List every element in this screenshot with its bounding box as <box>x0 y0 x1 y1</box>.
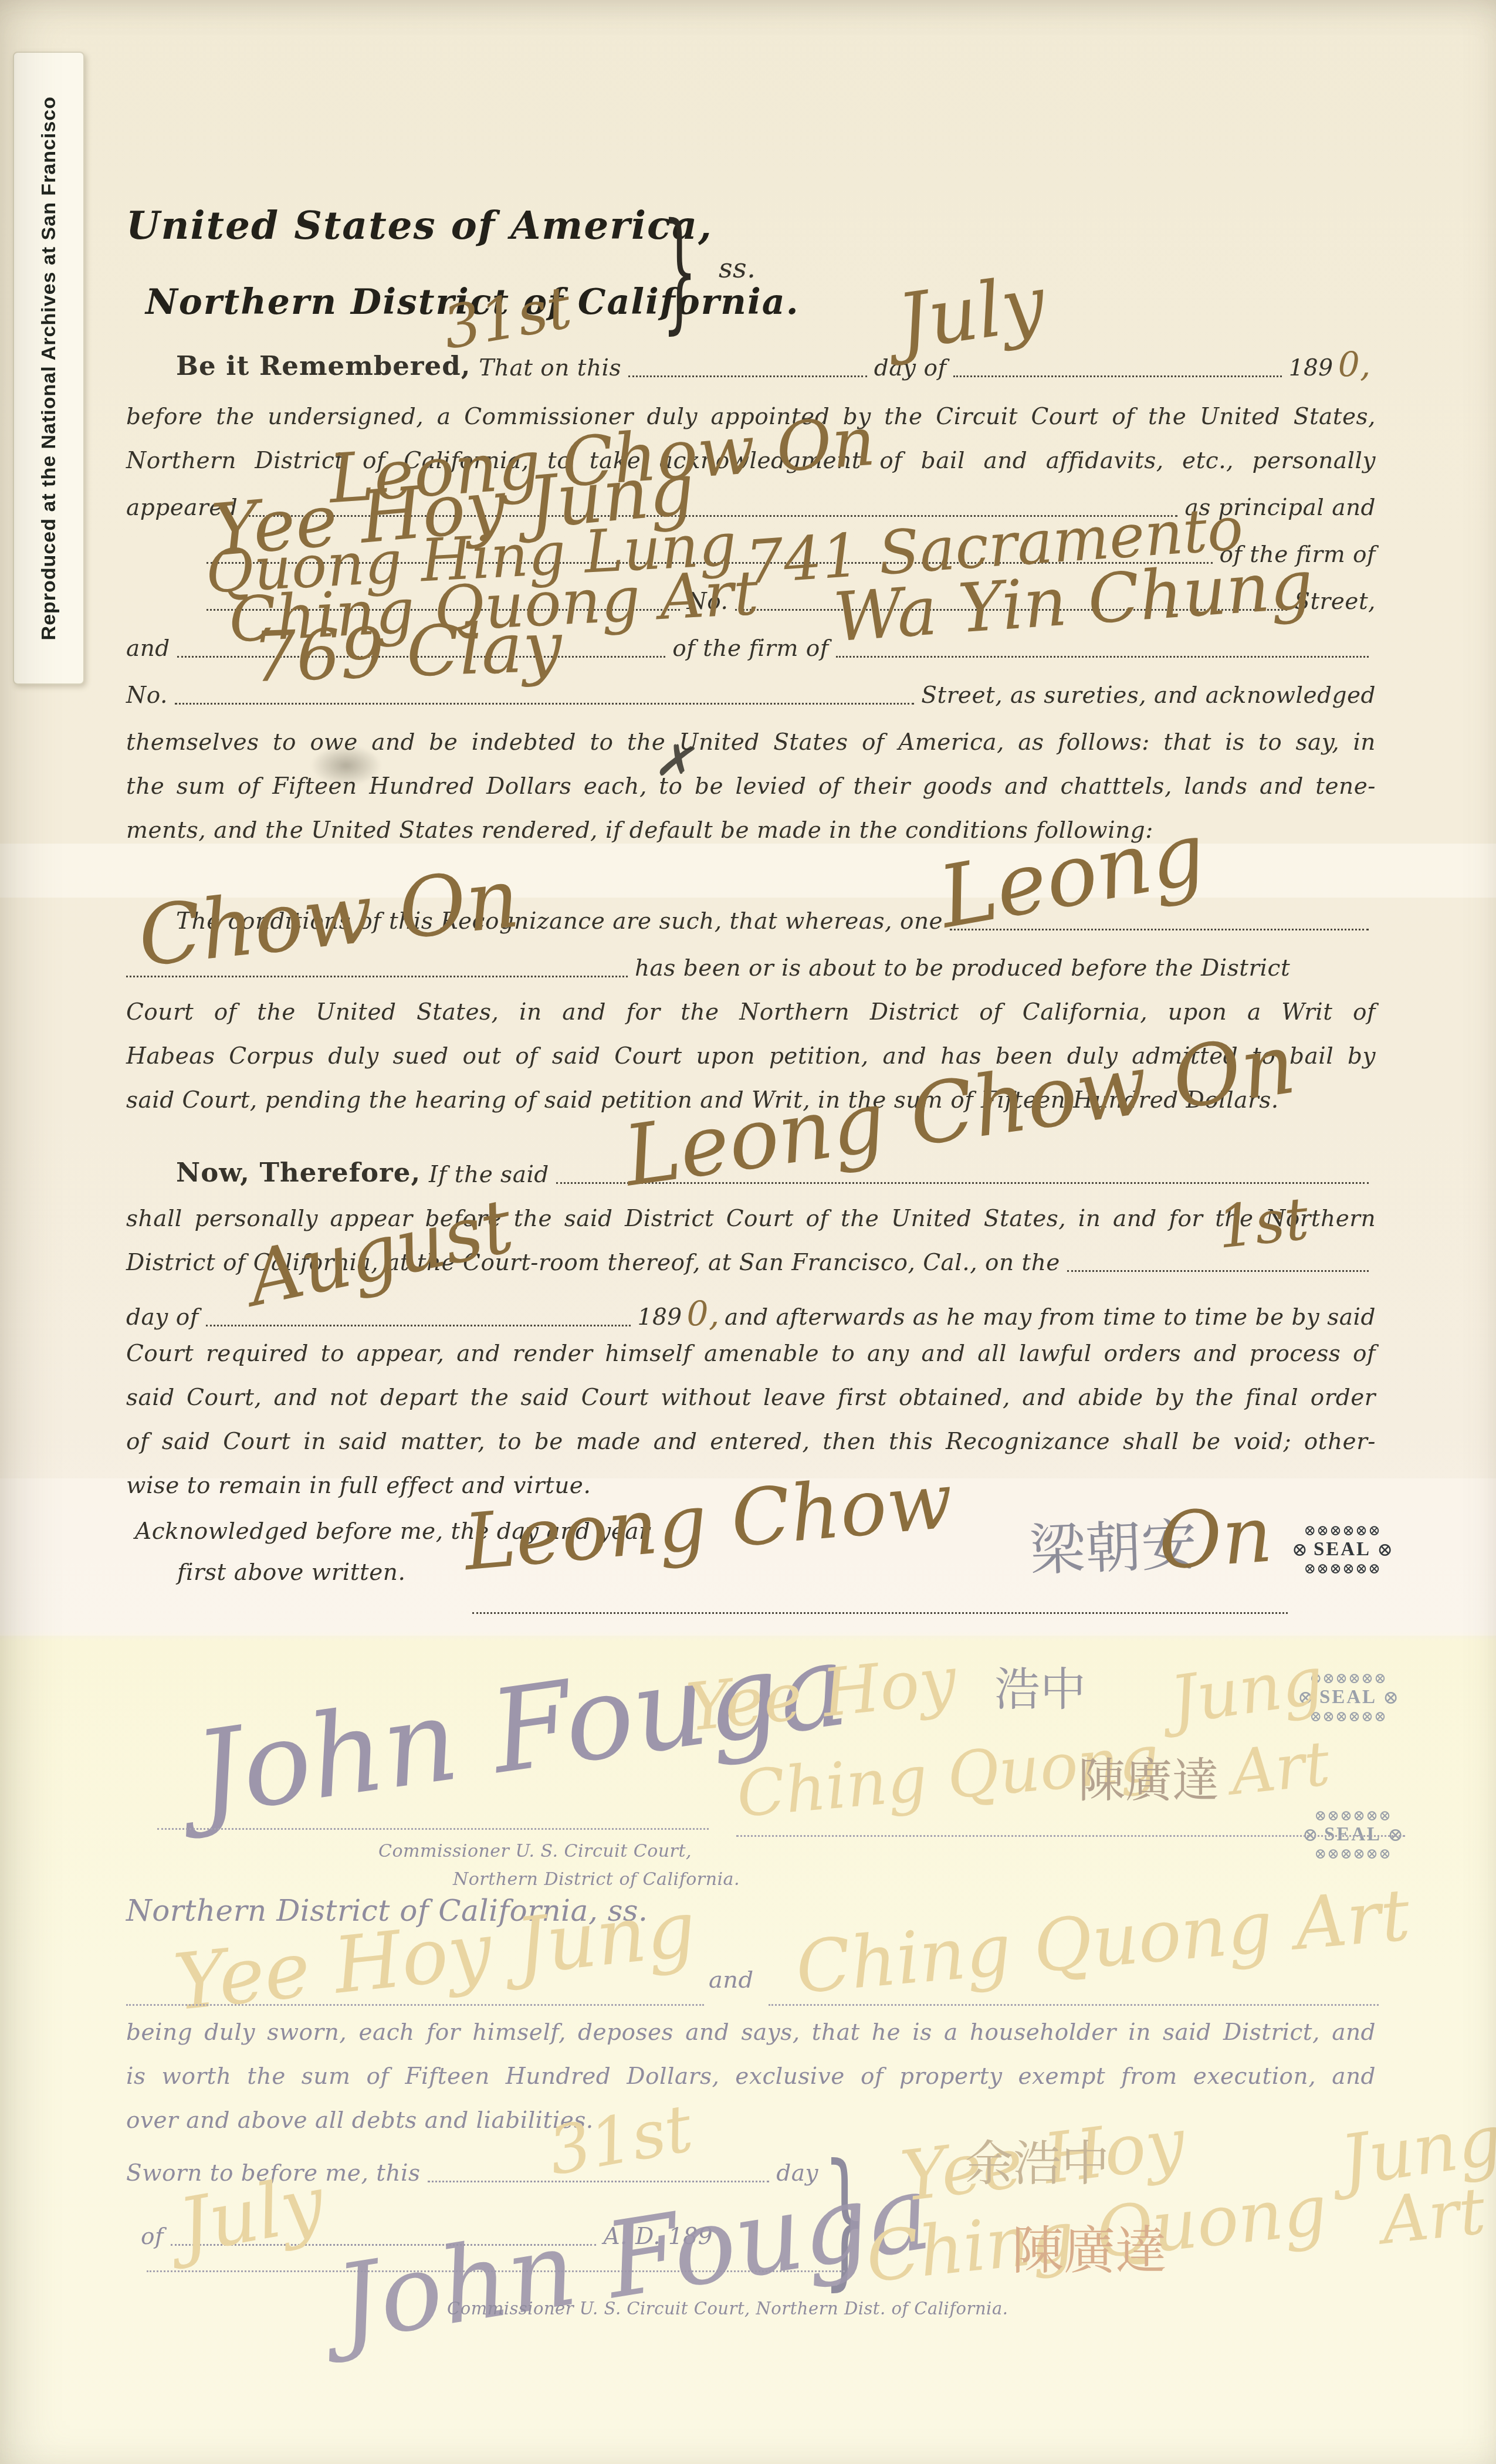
year-prefix-2: 189 <box>638 1304 682 1331</box>
blank-firm2 <box>836 652 1369 658</box>
firm-of-label2: of the firm of <box>672 635 828 662</box>
hw-jurat-right-chinese-d: 陳廣達 <box>1012 2225 1167 2276</box>
jurat-name-line-2 <box>769 2002 1379 2006</box>
no-label2: No. <box>126 682 168 709</box>
header-line1: United States of America, <box>126 202 713 248</box>
jurat-line2: is worth the sum of Fifteen Hundred Doll… <box>126 2063 1376 2090</box>
seal-border-bottom: ⊗⊗⊗⊗⊗⊗ <box>1291 1561 1394 1576</box>
seal-border-right: ⊗ <box>1383 1688 1399 1708</box>
hw-sworn-month: July <box>174 2166 329 2265</box>
hw-address2: 769 Clay <box>251 612 563 692</box>
blank-month <box>953 372 1281 377</box>
p2-line3: Court of the United States, in and for t… <box>126 999 1376 1025</box>
p3-line5-text: Court required to appear, and render him… <box>126 1341 1376 1367</box>
seal-border-right: ⊗ <box>1377 1540 1393 1560</box>
notary-seal-1: ⊗⊗⊗⊗⊗⊗ ⊗ SEAL ⊗ ⊗⊗⊗⊗⊗⊗ <box>1291 1523 1394 1576</box>
seal-word: SEAL <box>1314 1539 1371 1560</box>
hw-year-digit: 0, <box>1338 347 1371 381</box>
of-label: of <box>141 2223 164 2250</box>
hw-jurat-right-chinese-c: 余浩中 <box>965 2140 1109 2188</box>
p1-line10: the sum of Fifteen Hundred Dollars each,… <box>126 773 1376 800</box>
commissioner-title1: Commissioner U. S. Circuit Court, <box>378 1841 692 1861</box>
seal-border-bottom: ⊗⊗⊗⊗⊗⊗ <box>1301 1846 1404 1861</box>
hw-month: July <box>893 265 1050 361</box>
hw-faded-jung: Jung <box>1166 1647 1327 1734</box>
be-it-remembered: Be it Remembered, <box>176 350 471 381</box>
jurat-line1-text: being duly sworn, each for himself, depo… <box>126 2019 1376 2046</box>
p3-line7-text: of said Court in said matter, to be made… <box>126 1429 1376 1455</box>
now-therefore: Now, Therefore, <box>176 1157 421 1188</box>
jurat-and: and <box>709 1967 754 1993</box>
line-be-it-remembered: Be it Remembered, That on this day of 18… <box>176 347 1376 381</box>
afterwards-text: and afterwards as he may from time to ti… <box>725 1304 1376 1331</box>
seal-border-top: ⊗⊗⊗⊗⊗⊗ <box>1301 1808 1404 1823</box>
p3-line7: of said Court in said matter, to be made… <box>126 1429 1376 1455</box>
jurat-line3: over and above all debts and liabilities… <box>126 2107 594 2134</box>
street-sureties: Street, as sureties, and acknowledged <box>921 682 1376 709</box>
commissioner-signature-line <box>157 1826 709 1830</box>
jurat-line1: being duly sworn, each for himself, depo… <box>126 2019 1376 2046</box>
produced-text: has been or is about to be produced befo… <box>635 955 1290 981</box>
jurat-line2-text: is worth the sum of Fifteen Hundred Doll… <box>126 2063 1376 2090</box>
if-the-said: If the said <box>429 1162 549 1188</box>
seal-border-top: ⊗⊗⊗⊗⊗⊗ <box>1291 1523 1394 1538</box>
ack-signature-line <box>472 1610 1288 1614</box>
day-of-2: day of <box>126 1304 199 1331</box>
hw-jurat-surety2: Ching Quong Art <box>793 1879 1413 2004</box>
hw-jurat-right-art: Art <box>1379 2178 1488 2253</box>
p1-line10-text: the sum of Fifteen Hundred Dollars each,… <box>126 773 1376 800</box>
commissioner-title2: Northern District of California. <box>453 1869 740 1890</box>
hw-commissioner-signature-2: John Fouga <box>330 2160 937 2356</box>
hw-ack-last: On <box>1156 1495 1275 1580</box>
seal-border-left: ⊗ <box>1292 1540 1308 1560</box>
ss-label: ss. <box>719 252 756 284</box>
p2-line3-text: Court of the United States, in and for t… <box>126 999 1376 1025</box>
that-on-this: That on this <box>479 355 621 381</box>
hw-faded-chinese-a: 浩中 <box>994 1667 1086 1713</box>
seal-word: SEAL <box>1319 1687 1377 1708</box>
commissioner-title-3: Commissioner U. S. Circuit Court, Northe… <box>447 2299 1008 2319</box>
document-page: Reproduced at the National Archives at S… <box>0 0 1496 2464</box>
ack-line2: first above written. <box>177 1559 405 1586</box>
p1-line9: themselves to owe and be indebted to the… <box>126 729 1376 756</box>
ink-smudge <box>311 745 381 786</box>
blank-court-day <box>1067 1267 1369 1272</box>
and-label: and <box>126 635 170 662</box>
year-prefix: 189 <box>1289 355 1333 381</box>
hw-faded-art: Art <box>1228 1732 1332 1804</box>
blank-address2 <box>175 699 914 705</box>
archival-tape: Reproduced at the National Archives at S… <box>13 52 84 685</box>
p1-line9-text: themselves to owe and be indebted to the… <box>126 729 1376 756</box>
blank-day <box>628 372 867 377</box>
jurat-name-line-1 <box>126 2002 704 2006</box>
blank-court-month <box>206 1321 631 1326</box>
faded-signature-line <box>736 1833 1405 1837</box>
hw-faded-chinese-b: 陳廣達 <box>1078 1757 1219 1804</box>
hw-court-year-digit: 0, <box>687 1297 720 1331</box>
p3-line6: said Court, and not depart the said Cour… <box>126 1385 1376 1411</box>
ss-brace: } <box>662 207 698 336</box>
archival-label: Reproduced at the National Archives at S… <box>38 96 60 640</box>
hw-court-day: 1st <box>1214 1189 1311 1257</box>
p3-line5: Court required to appear, and render him… <box>126 1341 1376 1367</box>
p3-line6-text: said Court, and not depart the said Cour… <box>126 1385 1376 1411</box>
